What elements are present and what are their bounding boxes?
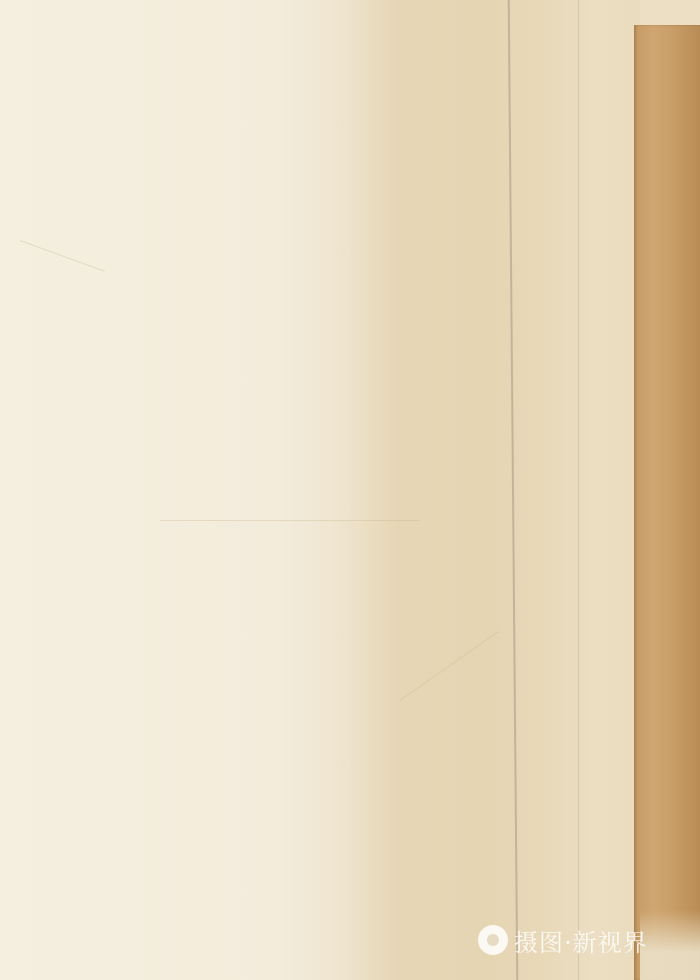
paper-crack: [160, 520, 420, 521]
aperture-icon: [478, 925, 508, 955]
brown-tape-strip: [634, 25, 700, 980]
watermark: 摄图·新视界: [478, 922, 648, 958]
fold-line: [578, 0, 579, 980]
watermark-text: 摄图·新视界: [514, 923, 648, 958]
paper-stain: [340, 0, 640, 980]
torn-tape-end: [640, 910, 700, 980]
